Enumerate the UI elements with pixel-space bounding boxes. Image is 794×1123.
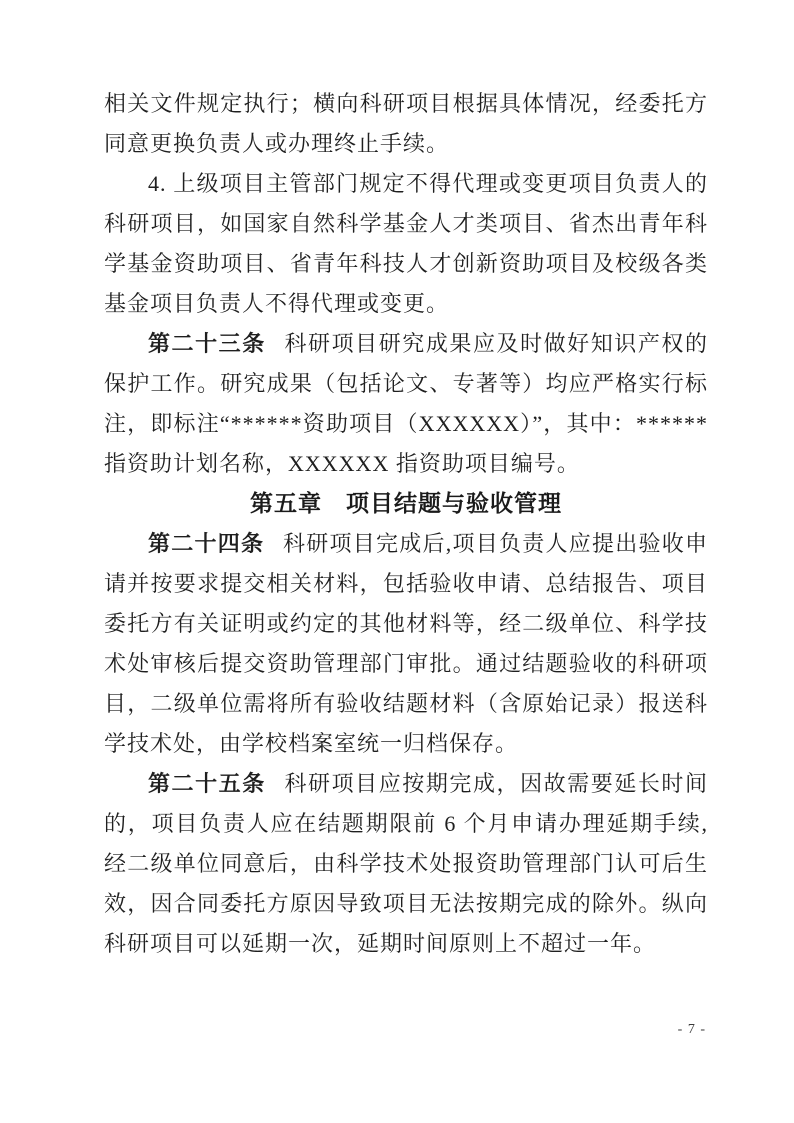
document-page: 相关文件规定执行；横向科研项目根据具体情况，经委托方同意更换负责人或办理终止手续… bbox=[0, 0, 794, 1123]
article-number: 第二十五条 bbox=[148, 771, 266, 796]
document-body: 相关文件规定执行；横向科研项目根据具体情况，经委托方同意更换负责人或办理终止手续… bbox=[104, 84, 708, 964]
article-number: 第二十四条 bbox=[148, 531, 264, 556]
article-paragraph: 第二十四条科研项目完成后,项目负责人应提出验收申请并按要求提交相关材料，包括验收… bbox=[104, 524, 708, 764]
body-paragraph: 相关文件规定执行；横向科研项目根据具体情况，经委托方同意更换负责人或办理终止手续… bbox=[104, 84, 708, 164]
article-paragraph: 第二十五条科研项目应按期完成，因故需要延长时间的，项目负责人应在结题期限前 6 … bbox=[104, 764, 708, 964]
article-text: 科研项目完成后,项目负责人应提出验收申请并按要求提交相关材料，包括验收申请、总结… bbox=[104, 531, 708, 756]
chapter-heading: 第五章 项目结题与验收管理 bbox=[104, 484, 708, 524]
article-text: 科研项目应按期完成，因故需要延长时间的，项目负责人应在结题期限前 6 个月申请办… bbox=[104, 771, 708, 956]
article-paragraph: 第二十三条科研项目研究成果应及时做好知识产权的保护工作。研究成果（包括论文、专著… bbox=[104, 324, 708, 484]
page-number: - 7 - bbox=[678, 1022, 706, 1037]
article-number: 第二十三条 bbox=[148, 331, 266, 356]
body-paragraph: 4. 上级项目主管部门规定不得代理或变更项目负责人的科研项目，如国家自然科学基金… bbox=[104, 164, 708, 324]
page-footer: - 7 - bbox=[678, 1022, 706, 1038]
